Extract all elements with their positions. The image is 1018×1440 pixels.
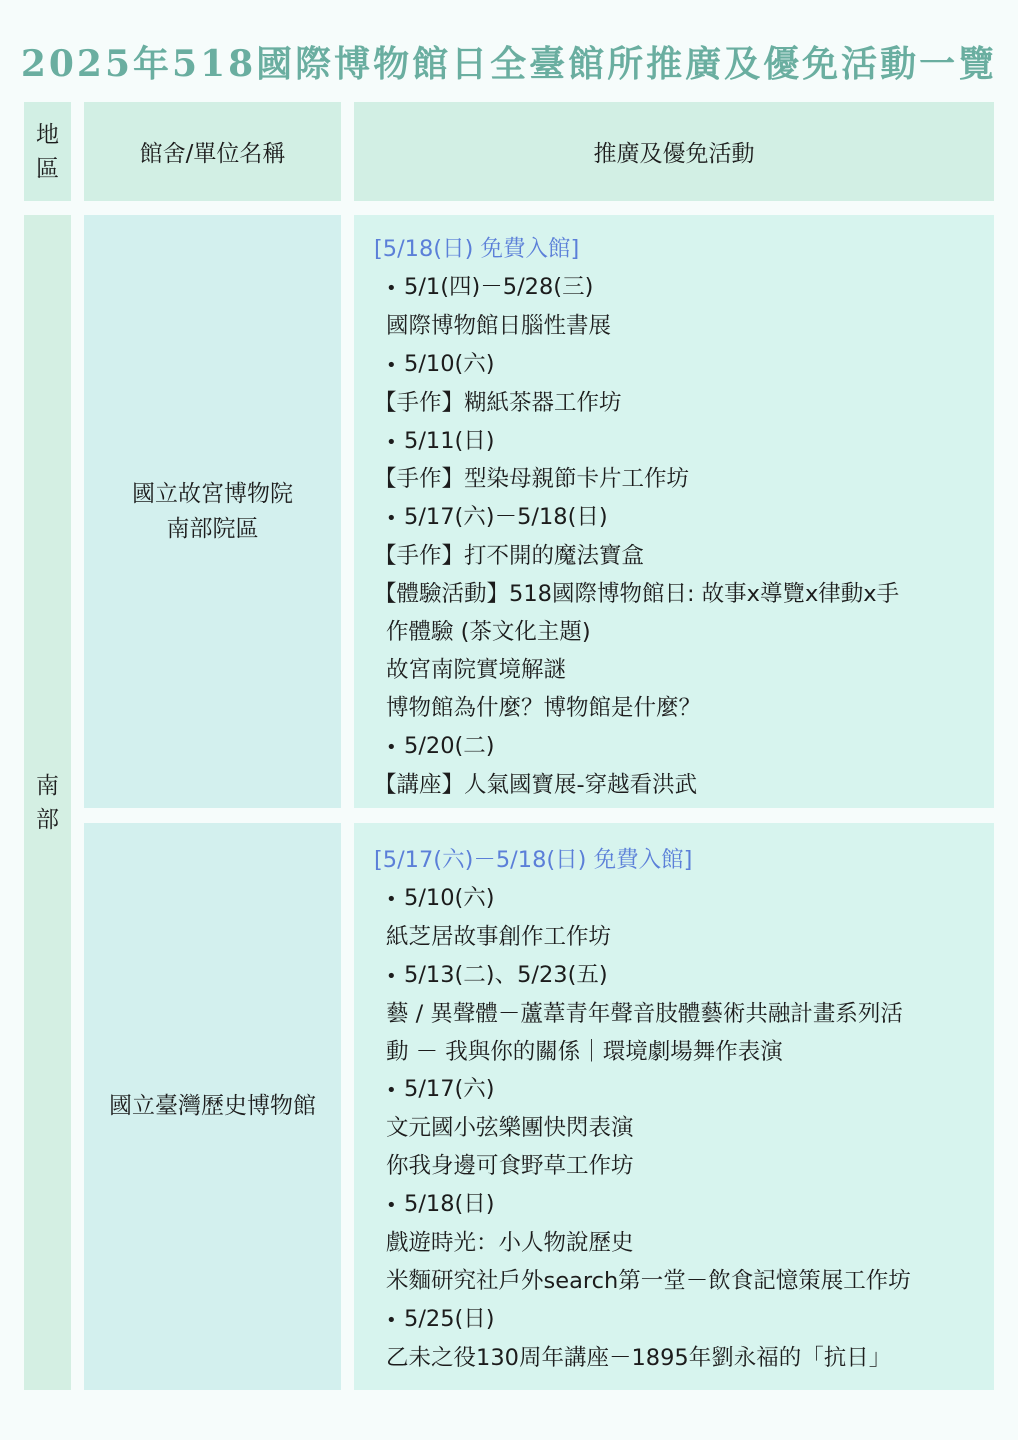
activity-item: 文元國小弦樂團快閃表演	[380, 1110, 980, 1148]
bullet-icon: •	[386, 500, 404, 538]
page-title: 2025年518國際博物館日全臺館所推廣及優免活動一覽	[0, 36, 1018, 87]
header-name: 館舍/單位名稱	[84, 102, 341, 201]
bullet-icon: •	[386, 347, 404, 385]
activity-date-text: 5/1(四)－5/28(三)	[404, 274, 593, 300]
header-region-line1: 地	[36, 118, 59, 152]
activity-date-text: 5/11(日)	[404, 428, 495, 454]
activity-date: •5/17(六)	[380, 1071, 980, 1110]
activity-item: 米麵研究社戶外search第一堂－飲食記憶策展工作坊	[380, 1263, 980, 1301]
bullet-icon: •	[386, 1302, 404, 1340]
activity-date-text: 5/25(日)	[404, 1306, 495, 1332]
bullet-icon: •	[386, 1072, 404, 1110]
activity-date: •5/20(二)	[380, 728, 980, 767]
activity-item: 動 － 我與你的關係｜環境劇場舞作表演	[380, 1034, 980, 1072]
activity-date-text: 5/18(日)	[404, 1191, 495, 1217]
activity-date: •5/10(六)	[380, 880, 980, 919]
activity-date: •5/13(二)、5/23(五)	[380, 957, 980, 996]
activity-item: 作體驗 (茶文化主題)	[380, 614, 980, 652]
venue-name-cell: 國立故宮博物院 南部院區	[84, 215, 341, 808]
activity-item: 你我身邊可食野草工作坊	[380, 1148, 980, 1186]
header-region: 地 區	[24, 102, 71, 201]
activity-item: 國際博物館日腦性書展	[380, 308, 980, 346]
activity-item: 藝 / 異聲體－蘆葦青年聲音肢體藝術共融計畫系列活	[380, 996, 980, 1034]
activities-cell: [5/17(六)－5/18(日) 免費入館] •5/10(六) 紙芝居故事創作工…	[354, 823, 994, 1390]
free-admission-highlight: [5/17(六)－5/18(日) 免費入館]	[374, 842, 980, 880]
activity-item: 戲遊時光：小人物說歷史	[380, 1225, 980, 1263]
bullet-icon: •	[386, 270, 404, 308]
region-cell: 南 部	[24, 215, 71, 1390]
activity-item: 博物館為什麼？博物館是什麼？	[380, 690, 980, 728]
venue-name-line2: 南部院區	[167, 512, 259, 547]
activity-item: 乙未之役130周年講座－1895年劉永福的「抗日」	[380, 1340, 980, 1378]
activity-date: •5/1(四)－5/28(三)	[380, 269, 980, 308]
activity-date-text: 5/10(六)	[404, 885, 495, 911]
activity-date-text: 5/17(六)－5/18(日)	[404, 504, 608, 530]
activities-cell: [5/18(日) 免費入館] •5/1(四)－5/28(三) 國際博物館日腦性書…	[354, 215, 994, 808]
bullet-icon: •	[386, 1187, 404, 1225]
activity-item: 紙芝居故事創作工作坊	[380, 919, 980, 957]
bullet-icon: •	[386, 424, 404, 462]
activity-item: 【手作】打不開的魔法寶盒	[374, 538, 980, 576]
bullet-icon: •	[386, 958, 404, 996]
venue-name-cell: 國立臺灣歷史博物館	[84, 823, 341, 1390]
activity-date: •5/10(六)	[380, 346, 980, 385]
activity-date-text: 5/17(六)	[404, 1076, 495, 1102]
activity-date: •5/17(六)－5/18(日)	[380, 499, 980, 538]
header-region-line2: 區	[36, 152, 59, 186]
activity-date: •5/11(日)	[380, 423, 980, 462]
activity-item: 【體驗活動】518國際博物館日: 故事x導覽x律動x手	[374, 576, 980, 614]
activity-date-text: 5/13(二)、5/23(五)	[404, 962, 608, 988]
activity-date-text: 5/20(二)	[404, 733, 495, 759]
activity-date-text: 5/10(六)	[404, 351, 495, 377]
activity-item: 故宮南院實境解謎	[380, 652, 980, 690]
activity-date: •5/18(日)	[380, 1186, 980, 1225]
activity-date: •5/25(日)	[380, 1301, 980, 1340]
activity-item: 【講座】人氣國寶展-穿越看洪武	[374, 767, 980, 805]
activity-item: 【手作】型染母親節卡片工作坊	[374, 461, 980, 499]
venue-name-line1: 國立故宮博物院	[132, 477, 293, 512]
venue-name-line1: 國立臺灣歷史博物館	[109, 1089, 316, 1124]
activity-item: 【手作】糊紙茶器工作坊	[374, 385, 980, 423]
bullet-icon: •	[386, 729, 404, 767]
header-activities: 推廣及優免活動	[354, 102, 994, 201]
region-line2: 部	[36, 803, 59, 837]
free-admission-highlight: [5/18(日) 免費入館]	[374, 231, 980, 269]
bullet-icon: •	[386, 881, 404, 919]
region-line1: 南	[36, 769, 59, 803]
